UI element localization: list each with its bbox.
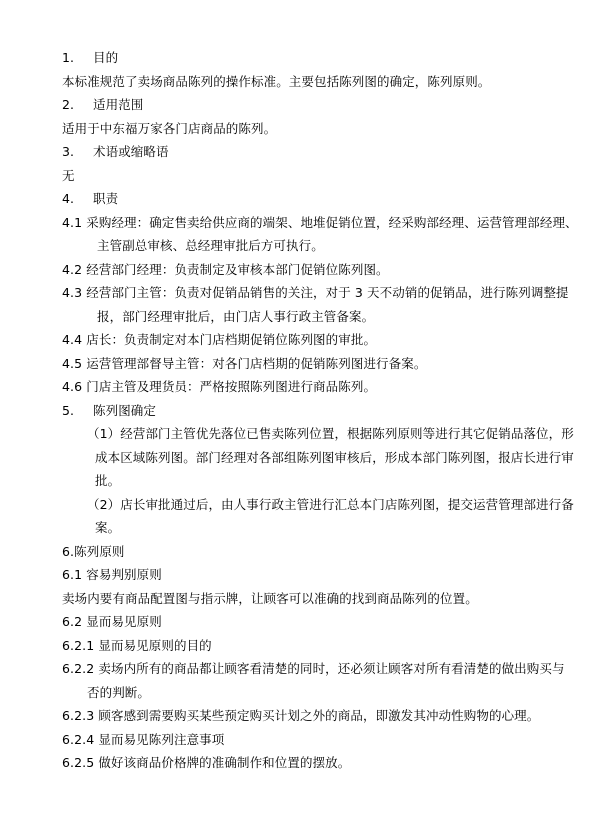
line-text: 6.2.4 显而易见陈列注意事项 xyxy=(62,732,224,747)
heading-line: 3.术语或缩略语 xyxy=(0,140,591,164)
text-line: 批。 xyxy=(0,469,591,493)
heading-text: 术语或缩略语 xyxy=(93,144,169,159)
line-text: 6.2.1 显而易见原则的目的 xyxy=(62,638,212,653)
line-text: 成本区域陈列图。部门经理对各部组陈列图审核后，形成本部门陈列图，报店长进行审 xyxy=(95,450,574,465)
text-line: 否的判断。 xyxy=(0,681,591,705)
heading-text: 适用范围 xyxy=(93,97,143,112)
line-text: 卖场内要有商品配置图与指示牌，让顾客可以准确的找到商品陈列的位置。 xyxy=(62,591,478,606)
document-body: 1.目的本标准规范了卖场商品陈列的操作标准。主要包括陈列图的确定，陈列原则。2.… xyxy=(0,46,591,775)
line-text: 批。 xyxy=(95,473,120,488)
text-line: 适用于中东福万家各门店商品的陈列。 xyxy=(0,117,591,141)
text-line: 4.5 运营管理部督导主管：对各门店档期的促销陈列图进行备案。 xyxy=(0,352,591,376)
line-text: 4.4 店长：负责制定对本门店档期促销位陈列图的审批。 xyxy=(62,332,376,347)
line-text: （1）经营部门主管优先落位已售卖陈列位置，根据陈列原则等进行其它促销品落位，形 xyxy=(87,426,574,441)
text-line: 成本区域陈列图。部门经理对各部组陈列图审核后，形成本部门陈列图，报店长进行审 xyxy=(0,446,591,470)
heading-line: 2.适用范围 xyxy=(0,93,591,117)
document-page: 1.目的本标准规范了卖场商品陈列的操作标准。主要包括陈列图的确定，陈列原则。2.… xyxy=(0,0,591,834)
line-text: 4.6 门店主管及理货员：严格按照陈列图进行商品陈列。 xyxy=(62,379,376,394)
text-line: 卖场内要有商品配置图与指示牌，让顾客可以准确的找到商品陈列的位置。 xyxy=(0,587,591,611)
heading-number: 2. xyxy=(62,93,93,117)
text-line: 6.2.5 做好该商品价格牌的准确制作和位置的摆放。 xyxy=(0,751,591,775)
line-text: 6.2.3 顾客感到需要购买某些预定购买计划之外的商品，即激发其冲动性购物的心理… xyxy=(62,708,539,723)
text-line: 本标准规范了卖场商品陈列的操作标准。主要包括陈列图的确定，陈列原则。 xyxy=(0,70,591,94)
text-line: 报，部门经理审批后，由门店人事行政主管备案。 xyxy=(0,305,591,329)
line-text: 否的判断。 xyxy=(87,685,150,700)
line-text: 4.1 采购经理：确定售卖给供应商的端架、地堆促销位置，经采购部经理、运营管理部… xyxy=(62,215,578,230)
line-text: 6.陈列原则 xyxy=(62,544,125,559)
line-text: 适用于中东福万家各门店商品的陈列。 xyxy=(62,121,276,136)
heading-text: 目的 xyxy=(93,50,118,65)
line-text: 本标准规范了卖场商品陈列的操作标准。主要包括陈列图的确定，陈列原则。 xyxy=(62,74,490,89)
text-line: 6.1 容易判别原则 xyxy=(0,563,591,587)
text-line: （1）经营部门主管优先落位已售卖陈列位置，根据陈列原则等进行其它促销品落位，形 xyxy=(0,422,591,446)
text-line: 6.2.4 显而易见陈列注意事项 xyxy=(0,728,591,752)
line-text: 6.2 显而易见原则 xyxy=(62,614,162,629)
heading-line: 4.职责 xyxy=(0,187,591,211)
text-line: 4.1 采购经理：确定售卖给供应商的端架、地堆促销位置，经采购部经理、运营管理部… xyxy=(0,211,591,235)
text-line: 主管副总审核、总经理审批后方可执行。 xyxy=(0,234,591,258)
line-text: 6.1 容易判别原则 xyxy=(62,567,162,582)
heading-text: 职责 xyxy=(93,191,118,206)
line-text: 4.3 经营部门主管：负责对促销品销售的关注，对于 3 天不动销的促销品，进行陈… xyxy=(62,285,569,300)
text-line: 案。 xyxy=(0,516,591,540)
line-text: 6.2.5 做好该商品价格牌的准确制作和位置的摆放。 xyxy=(62,755,350,770)
text-line: （2）店长审批通过后，由人事行政主管进行汇总本门店陈列图，提交运营管理部进行备 xyxy=(0,493,591,517)
line-text: 案。 xyxy=(95,520,120,535)
heading-line: 5.陈列图确定 xyxy=(0,399,591,423)
line-text: 6.2.2 卖场内所有的商品都让顾客看清楚的同时，还必须让顾客对所有看清楚的做出… xyxy=(62,661,565,676)
text-line: 6.2.1 显而易见原则的目的 xyxy=(0,634,591,658)
text-line: 6.2.3 顾客感到需要购买某些预定购买计划之外的商品，即激发其冲动性购物的心理… xyxy=(0,704,591,728)
text-line: 6.2 显而易见原则 xyxy=(0,610,591,634)
line-text: 无 xyxy=(62,168,75,183)
text-line: 6.2.2 卖场内所有的商品都让顾客看清楚的同时，还必须让顾客对所有看清楚的做出… xyxy=(0,657,591,681)
line-text: 4.2 经营部门经理：负责制定及审核本部门促销位陈列图。 xyxy=(62,262,389,277)
heading-number: 5. xyxy=(62,399,93,423)
text-line: 6.陈列原则 xyxy=(0,540,591,564)
text-line: 无 xyxy=(0,164,591,188)
heading-number: 3. xyxy=(62,140,93,164)
text-line: 4.4 店长：负责制定对本门店档期促销位陈列图的审批。 xyxy=(0,328,591,352)
text-line: 4.6 门店主管及理货员：严格按照陈列图进行商品陈列。 xyxy=(0,375,591,399)
line-text: 4.5 运营管理部督导主管：对各门店档期的促销陈列图进行备案。 xyxy=(62,356,426,371)
heading-number: 1. xyxy=(62,46,93,70)
heading-line: 1.目的 xyxy=(0,46,591,70)
heading-text: 陈列图确定 xyxy=(93,403,156,418)
line-text: （2）店长审批通过后，由人事行政主管进行汇总本门店陈列图，提交运营管理部进行备 xyxy=(87,497,574,512)
text-line: 4.3 经营部门主管：负责对促销品销售的关注，对于 3 天不动销的促销品，进行陈… xyxy=(0,281,591,305)
line-text: 报，部门经理审批后，由门店人事行政主管备案。 xyxy=(97,309,374,324)
text-line: 4.2 经营部门经理：负责制定及审核本部门促销位陈列图。 xyxy=(0,258,591,282)
heading-number: 4. xyxy=(62,187,93,211)
line-text: 主管副总审核、总经理审批后方可执行。 xyxy=(97,238,324,253)
